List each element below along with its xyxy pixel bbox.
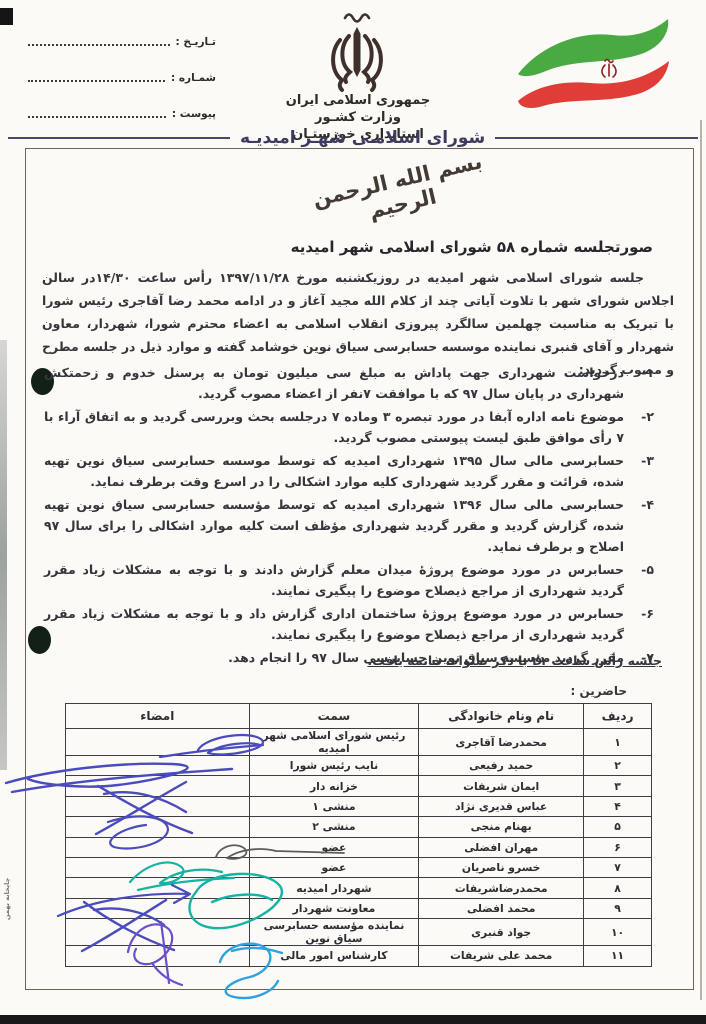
cell-signature xyxy=(66,817,250,837)
cell-signature xyxy=(66,729,250,756)
cell-name: محمدرضا آقاجری xyxy=(419,729,584,756)
cell-name: محمد علی شریفات xyxy=(419,946,584,966)
attendees-label: حاضرین : xyxy=(571,684,628,698)
item-number: ۱- xyxy=(641,362,654,383)
list-item: ۳- حسابرسی مالی سال ۱۳۹۵ شهرداری امیدیه … xyxy=(44,450,660,492)
number-dotted-line xyxy=(28,79,165,82)
cell-no: ۲ xyxy=(584,756,652,776)
cell-no: ۱ xyxy=(584,729,652,756)
banner-rule-left xyxy=(8,137,230,139)
org-line-country: جمهوری اسلامی ایران xyxy=(252,92,464,109)
page-title: صورتجلسه شماره ۵۸ شورای اسلامی شهر امیدی… xyxy=(291,238,653,256)
iran-emblem-icon xyxy=(318,10,396,98)
table-row: ۷خسرو ناصریانعضو xyxy=(66,857,652,877)
header-signature: امضاء xyxy=(66,704,250,729)
list-item: ۲- موضوع نامه اداره آبفا در مورد تبصره ۳… xyxy=(44,406,660,448)
item-number: ۲- xyxy=(641,406,654,427)
item-text: درخواست شهرداری جهت پاداش به مبلغ سی میل… xyxy=(44,365,624,401)
item-number: ۶- xyxy=(641,603,654,624)
cell-no: ۷ xyxy=(584,857,652,877)
header-name: نام ونام خانوادگی xyxy=(419,704,584,729)
table-row: ۳ایمان شریفاتخزانه دار xyxy=(66,776,652,796)
closing-statement: جلسه رأس ساعت ۲۱ با ذکر صلوات خاتمه یافت… xyxy=(367,653,662,668)
cell-position: معاونت شهردار xyxy=(249,898,419,918)
table-row: ۱محمدرضا آقاجریرئیس شورای اسلامی شهر امی… xyxy=(66,729,652,756)
item-text: حسابرسی مالی سال ۱۳۹۵ شهرداری امیدیه که … xyxy=(44,453,624,489)
council-banner: شورای اسلامـی شهـر امیدیـه xyxy=(0,128,706,148)
cell-no: ۵ xyxy=(584,817,652,837)
list-item: ۶- حسابرس در مورد موضوع پروژهٔ ساختمان ا… xyxy=(44,603,660,645)
scan-bottom-strip xyxy=(0,1015,706,1024)
printer-credit: چاپخانه بهمن xyxy=(3,878,11,1014)
cell-name: بهنام منجی xyxy=(419,817,584,837)
table-row: ۱۰جواد قنبرینماینده مؤسسه حسابرسی سیاق ن… xyxy=(66,919,652,946)
scan-edge-smudge xyxy=(0,340,7,770)
scan-right-edge-line xyxy=(700,120,702,1000)
cell-position: منشی ۱ xyxy=(249,796,419,816)
cell-no: ۸ xyxy=(584,878,652,898)
list-item: ۵- حسابرس در مورد موضوع پروژهٔ میدان معل… xyxy=(44,559,660,601)
item-number: ۴- xyxy=(641,494,654,515)
reference-fields: تـاریـخ : شمـاره : پیوست : xyxy=(28,34,216,142)
cell-position: عضو xyxy=(249,837,419,857)
cell-position: نایب رئیس شورا xyxy=(249,756,419,776)
table-row: ۹محمد افضلیمعاونت شهردار xyxy=(66,898,652,918)
cell-signature xyxy=(66,857,250,877)
cell-position: شهردار امیدیه xyxy=(249,878,419,898)
cell-position: خزانه دار xyxy=(249,776,419,796)
cell-no: ۱۱ xyxy=(584,946,652,966)
table-row: ۲حمید رفیعینایب رئیس شورا xyxy=(66,756,652,776)
council-name: شورای اسلامـی شهـر امیدیـه xyxy=(230,128,495,148)
cell-signature xyxy=(66,898,250,918)
list-item: ۴- حسابرسی مالی سال ۱۳۹۶ شهرداری امیدیه … xyxy=(44,494,660,557)
cell-name: ایمان شریفات xyxy=(419,776,584,796)
header-row-number: ردیف xyxy=(584,704,652,729)
date-label: تـاریـخ : xyxy=(176,36,216,48)
cell-name: جواد قنبری xyxy=(419,919,584,946)
cell-name: خسرو ناصریان xyxy=(419,857,584,877)
table-header-row: ردیف نام ونام خانوادگی سمت امضاء xyxy=(66,704,652,729)
cell-name: محمدرضاشریفات xyxy=(419,878,584,898)
table-row: ۵بهنام منجیمنشی ۲ xyxy=(66,817,652,837)
cell-position: عضو xyxy=(249,857,419,877)
cell-name: محمد افضلی xyxy=(419,898,584,918)
cell-name: عباس قدیری نژاد xyxy=(419,796,584,816)
scanned-meeting-minutes-page: تـاریـخ : شمـاره : پیوست : جمهوری اسلامی… xyxy=(0,0,706,1024)
cell-no: ۹ xyxy=(584,898,652,918)
cell-signature xyxy=(66,796,250,816)
cell-no: ۳ xyxy=(584,776,652,796)
table-row: ۴عباس قدیری نژادمنشی ۱ xyxy=(66,796,652,816)
scan-corner-mark xyxy=(0,8,13,25)
item-number: ۳- xyxy=(641,450,654,471)
item-text: موضوع نامه اداره آبفا در مورد تبصره ۳ وم… xyxy=(44,409,624,445)
table-row: ۱۱محمد علی شریفاتکارشناس امور مالی xyxy=(66,946,652,966)
cell-signature xyxy=(66,756,250,776)
org-line-ministry: وزارت کشـور xyxy=(252,109,464,126)
banner-rule-right xyxy=(495,137,698,139)
item-text: حسابرس در مورد موضوع پروژهٔ ساختمان ادار… xyxy=(44,606,624,642)
cell-position: منشی ۲ xyxy=(249,817,419,837)
cell-name: حمید رفیعی xyxy=(419,756,584,776)
resolution-list: ۱- درخواست شهرداری جهت پاداش به مبلغ سی … xyxy=(44,362,660,670)
date-dotted-line xyxy=(28,43,170,46)
cell-position: رئیس شورای اسلامی شهر امیدیه xyxy=(249,729,419,756)
attendees-table: ردیف نام ونام خانوادگی سمت امضاء ۱محمدرض… xyxy=(65,703,652,967)
cell-no: ۱۰ xyxy=(584,919,652,946)
cell-signature xyxy=(66,837,250,857)
item-text: حسابرسی مالی سال ۱۳۹۶ شهرداری امیدیه که … xyxy=(44,497,624,554)
item-number: ۵- xyxy=(641,559,654,580)
cell-signature xyxy=(66,878,250,898)
attachment-label: پیوست : xyxy=(172,108,216,120)
number-label: شمـاره : xyxy=(171,72,216,84)
cell-name: مهران افضلی xyxy=(419,837,584,857)
attachment-dotted-line xyxy=(28,115,166,118)
cell-position: کارشناس امور مالی xyxy=(249,946,419,966)
cell-signature xyxy=(66,776,250,796)
cell-position: نماینده مؤسسه حسابرسی سیاق نوین xyxy=(249,919,419,946)
table-row: ۶مهران افضلیعضو xyxy=(66,837,652,857)
number-field: شمـاره : xyxy=(28,70,216,84)
flag-emblem-icon xyxy=(602,60,616,78)
header-position: سمت xyxy=(249,704,419,729)
cell-signature xyxy=(66,946,250,966)
list-item: ۱- درخواست شهرداری جهت پاداش به مبلغ سی … xyxy=(44,362,660,404)
cell-signature xyxy=(66,919,250,946)
attachment-field: پیوست : xyxy=(28,106,216,120)
cell-no: ۴ xyxy=(584,796,652,816)
date-field: تـاریـخ : xyxy=(28,34,216,48)
table-row: ۸محمدرضاشریفاتشهردار امیدیه xyxy=(66,878,652,898)
cell-no: ۶ xyxy=(584,837,652,857)
iran-flag-logo xyxy=(512,14,676,124)
item-text: حسابرس در مورد موضوع پروژهٔ میدان معلم گ… xyxy=(44,562,624,598)
